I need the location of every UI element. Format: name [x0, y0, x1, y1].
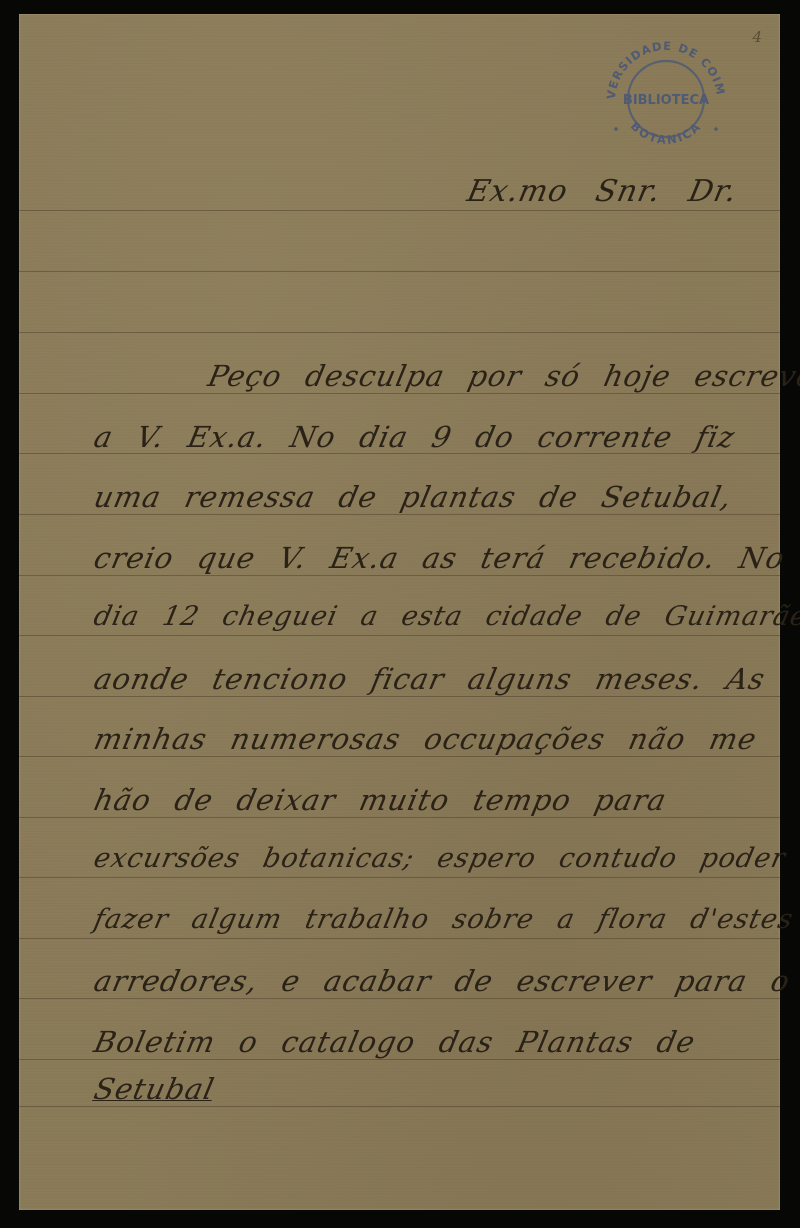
letter-line: dia 12 cheguei a esta cidade de Guimarãe… — [91, 601, 800, 632]
letter-line: creio que V. Ex.a as terá recebido. No — [91, 541, 788, 575]
letter-page: 4 UNIVERSIDADE DE COIMBRA BIBLIOTECA BOT… — [19, 14, 780, 1210]
stamp-outer-text-top: UNIVERSIDADE DE COIMBRA — [601, 33, 728, 100]
ruled-line — [19, 332, 780, 333]
letter-line: hão de deixar muito tempo para — [91, 783, 670, 817]
ruled-line — [19, 393, 780, 394]
ruled-line — [19, 877, 780, 878]
ruled-line — [19, 271, 780, 272]
ruled-line — [19, 1106, 780, 1107]
ruled-line — [19, 817, 780, 818]
letter-line: excursões botanicas; espero contudo pode… — [91, 843, 789, 874]
ruled-line — [19, 696, 780, 697]
stamp-seal-icon: UNIVERSIDADE DE COIMBRA BIBLIOTECA BOTAN… — [601, 33, 731, 163]
salutation: Ex.mo Snr. Dr. — [464, 174, 740, 209]
letter-line: a V. Ex.a. No dia 9 do corrente fiz — [91, 420, 738, 454]
letter-line: uma remessa de plantas de Setubal, — [91, 480, 735, 514]
stamp-center-text: BIBLIOTECA — [623, 93, 709, 108]
library-stamp: UNIVERSIDADE DE COIMBRA BIBLIOTECA BOTAN… — [601, 33, 731, 163]
ruled-line — [19, 514, 780, 515]
ruled-line — [19, 575, 780, 576]
svg-text:UNIVERSIDADE DE COIMBRA: UNIVERSIDADE DE COIMBRA — [601, 33, 728, 100]
svg-text:BOTANICA: BOTANICA — [628, 119, 704, 147]
stamp-outer-text-bottom: BOTANICA — [628, 119, 704, 147]
letter-line: fazer algum trabalho sobre a flora d'est… — [91, 904, 796, 935]
page-number: 4 — [752, 28, 762, 46]
ruled-line — [19, 938, 780, 939]
letter-line: arredores, e acabar de escrever para o — [91, 964, 793, 998]
ruled-line — [19, 1059, 780, 1060]
letter-line: minhas numerosas occupações não me — [91, 722, 760, 756]
letter-line: Setubal — [91, 1072, 218, 1106]
letter-line: aonde tenciono ficar alguns meses. As — [91, 662, 768, 696]
letter-line: Boletim o catalogo das Plantas de — [91, 1025, 699, 1059]
letter-line: Peço desculpa por só hoje escrever — [205, 359, 800, 393]
ruled-line — [19, 998, 780, 999]
ruled-line — [19, 210, 780, 211]
scanned-document: 4 UNIVERSIDADE DE COIMBRA BIBLIOTECA BOT… — [0, 0, 800, 1228]
ruled-line — [19, 756, 780, 757]
ruled-line — [19, 635, 780, 636]
